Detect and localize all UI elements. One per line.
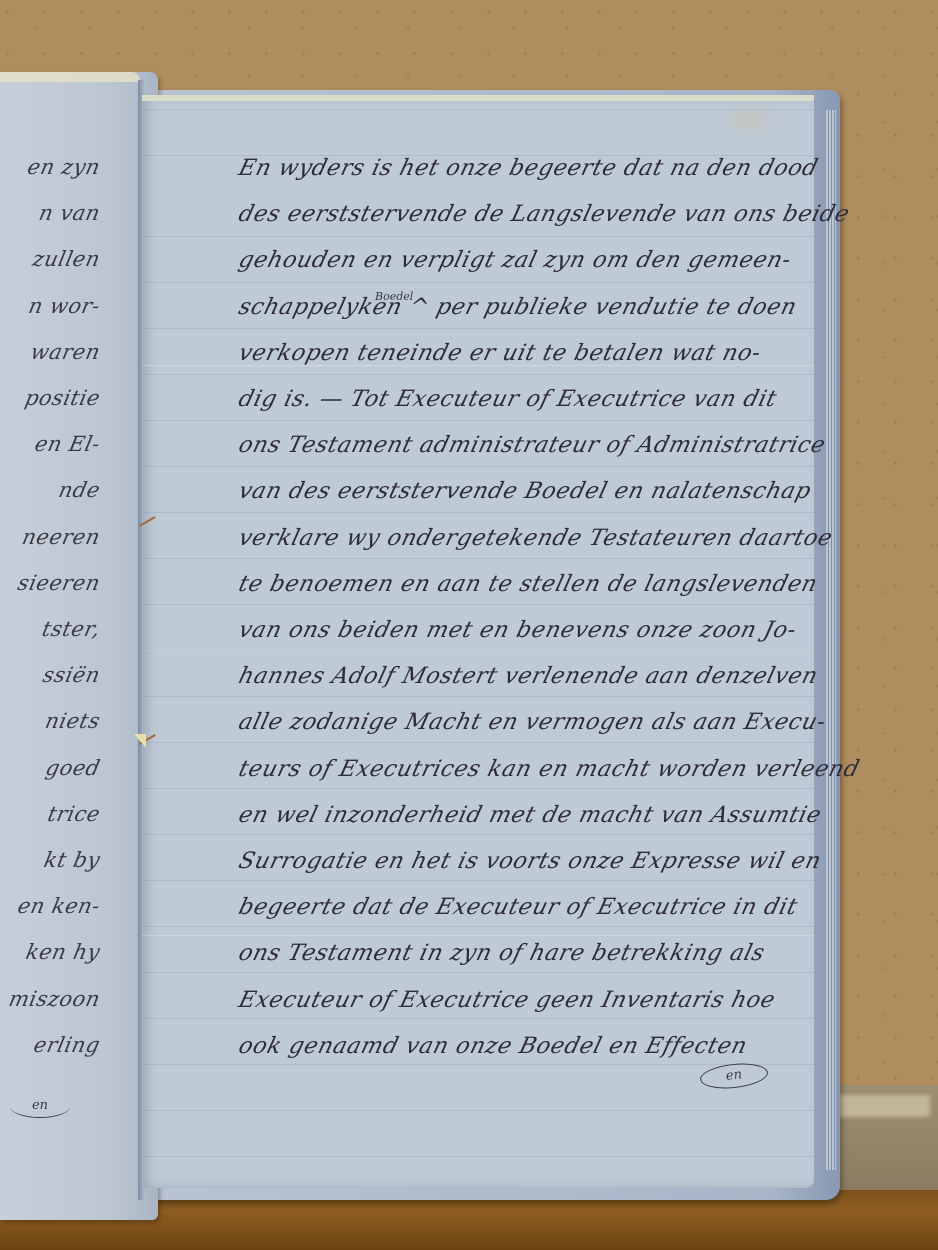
left-line-fragment: tster, xyxy=(0,617,103,641)
left-line-fragment: neeren xyxy=(0,525,103,549)
manuscript-line: verkopen teneinde er uit te betalen wat … xyxy=(236,340,764,366)
manuscript-line: te benoemen en aan te stellen de langsle… xyxy=(236,571,820,597)
manuscript-line: ook genaamd van onze Boedel en Effecten xyxy=(236,1033,750,1059)
left-line-fragment: en zyn xyxy=(0,155,103,179)
right-page-edge xyxy=(142,95,814,101)
manuscript-line: en wel inzonderheid met de macht van Ass… xyxy=(236,802,824,828)
left-line-fragment: nde xyxy=(0,478,103,502)
left-line-fragment: niets xyxy=(0,709,103,733)
left-line-fragment: n wor- xyxy=(0,294,103,318)
manuscript-line: van des eerststervende Boedel en nalaten… xyxy=(236,478,814,504)
manuscript-line: ons Testament administrateur of Administ… xyxy=(236,432,828,458)
manuscript-line: hannes Adolf Mostert verlenende aan denz… xyxy=(236,663,821,689)
left-line-fragment: sieeren xyxy=(0,571,103,595)
manuscript-line: ons Testament in zyn of hare betrekking … xyxy=(236,940,768,966)
manuscript-line: dig is. — Tot Executeur of Executrice va… xyxy=(236,386,780,412)
fold-line xyxy=(142,650,814,651)
left-line-fragment: miszoon xyxy=(0,987,103,1011)
left-line-fragment: n van xyxy=(0,201,103,225)
manuscript-line: teurs of Executrices kan en macht worden… xyxy=(236,756,862,782)
manuscript-line: alle zodanige Macht en vermogen als aan … xyxy=(236,709,829,735)
left-line-fragment: zullen xyxy=(0,247,103,271)
left-line-fragment: waren xyxy=(0,340,103,364)
manuscript-line: schappelyken ^ per publieke vendutie te … xyxy=(236,294,800,320)
left-page-edge xyxy=(0,72,140,82)
manuscript-line: des eerststervende de Langslevende van o… xyxy=(236,201,852,227)
manuscript-line: begeerte dat de Executeur of Executrice … xyxy=(236,894,800,920)
manuscript-line: En wyders is het onze begeerte dat na de… xyxy=(236,155,821,181)
manuscript-line: Surrogatie en het is voorts onze Express… xyxy=(236,848,824,874)
left-catchword: en xyxy=(10,1095,70,1118)
interlinear-insertion: Boedel xyxy=(375,290,413,303)
left-line-fragment: positie xyxy=(0,386,103,410)
manuscript-line: van ons beiden met en benevens onze zoon… xyxy=(236,617,799,643)
paper-stain xyxy=(720,100,780,140)
left-line-fragment: ken hy xyxy=(0,940,103,964)
left-line-fragment: ssiën xyxy=(0,663,103,687)
left-line-fragment: kt by xyxy=(0,848,103,872)
manuscript-line: verklare wy ondergetekende Testateuren d… xyxy=(236,525,835,551)
box-scuff xyxy=(830,1095,930,1117)
left-line-fragment: trice xyxy=(0,802,103,826)
left-line-fragment: erling xyxy=(0,1033,103,1057)
fold-line xyxy=(142,935,814,936)
left-line-fragment: en ken- xyxy=(0,894,103,918)
manuscript-line: Executeur of Executrice geen Inventaris … xyxy=(236,987,778,1013)
left-line-fragment: goed xyxy=(0,756,103,780)
manuscript-line: gehouden en verpligt zal zyn om den geme… xyxy=(236,247,794,273)
left-line-fragment: en El- xyxy=(0,432,103,456)
